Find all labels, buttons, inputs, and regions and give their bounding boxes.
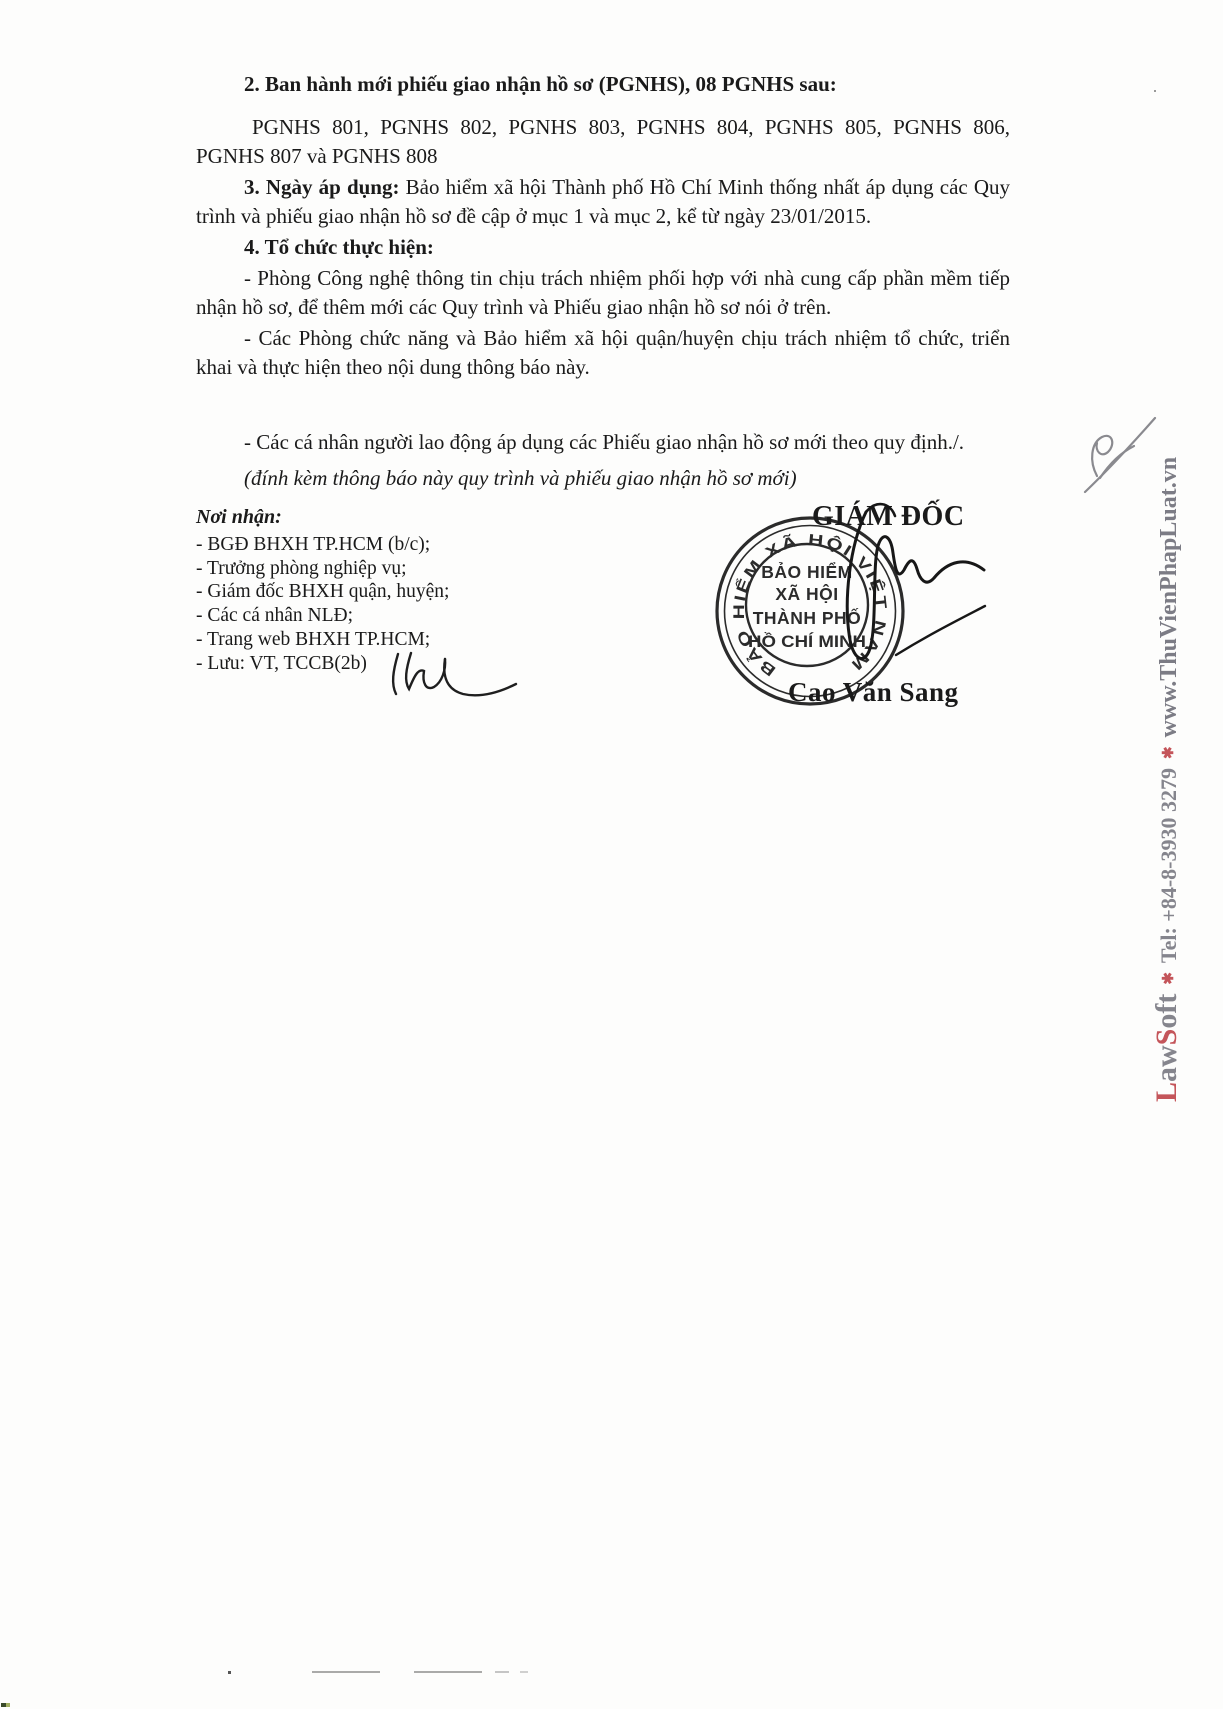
section-4-para-2: - Các Phòng chức năng và Bảo hiểm xã hội…: [196, 324, 1010, 382]
stamp-line-2: XÃ HỘI: [775, 583, 838, 604]
stamp-ring-text: BẢO HIỂM XÃ HỘI VIỆT NAM: [731, 532, 889, 679]
pgnhs-line-2: PGNHS 807 và PGNHS 808: [196, 142, 1010, 171]
scan-artifact: [520, 1671, 528, 1673]
lawsoft-watermark: LawSoft✱Tel: +84-8-3930 3279✱www.ThuVien…: [1150, 412, 1186, 1102]
attachment-note: (đính kèm thông báo này quy trình và phi…: [196, 464, 1010, 493]
section-4-para-1: - Phòng Công nghệ thông tin chịu trách n…: [196, 264, 1010, 322]
scan-artifact: [312, 1671, 380, 1673]
scan-artifact: [414, 1671, 482, 1673]
section-4-para-3: - Các cá nhân người lao động áp dụng các…: [196, 428, 1010, 457]
section-2-heading: 2. Ban hành mới phiếu giao nhận hồ sơ (P…: [196, 70, 1010, 99]
margin-initials: [1085, 418, 1155, 492]
watermark-brand-aw: aw: [1150, 1045, 1183, 1082]
scan-artifact: [1154, 90, 1156, 92]
stamp-line-3: THÀNH PHỐ: [753, 607, 862, 628]
watermark-brand-l: L: [1150, 1082, 1183, 1102]
section-3-paragraph: 3. Ngày áp dụng: Bảo hiểm xã hội Thành p…: [196, 173, 1010, 231]
section-3-label: 3. Ngày áp dụng:: [244, 175, 400, 199]
section-4-heading: 4. Tổ chức thực hiện:: [196, 233, 1010, 262]
watermark-separator-icon: ✱: [1161, 746, 1177, 759]
pgnhs-list-paragraph: PGNHS 801, PGNHS 802, PGNHS 803, PGNHS 8…: [196, 113, 1010, 171]
scan-artifact: [228, 1671, 231, 1674]
stamp-line-4: HỒ CHÍ MINH: [748, 632, 866, 651]
scan-artifact: [6, 1703, 10, 1707]
watermark-website: www.ThuVienPhapLuat.vn: [1156, 457, 1182, 738]
stamp-center-text: BẢO HIỂM XÃ HỘI THÀNH PHỐ HỒ CHÍ MINH: [748, 561, 866, 651]
pgnhs-line-1: PGNHS 801, PGNHS 802, PGNHS 803, PGNHS 8…: [196, 113, 1010, 142]
watermark-brand-oft: oft: [1150, 994, 1183, 1029]
scanned-document-page: 2. Ban hành mới phiếu giao nhận hồ sơ (P…: [0, 0, 1223, 1709]
watermark-separator-icon: ✱: [1161, 972, 1177, 985]
official-round-stamp: BẢO HIỂM XÃ HỘI VIỆT NAM BẢO HIỂM XÃ HỘI…: [710, 511, 910, 711]
scan-artifact: [495, 1671, 509, 1673]
watermark-brand-s: S: [1150, 1029, 1183, 1046]
watermark-telephone: Tel: +84-8-3930 3279: [1156, 768, 1181, 963]
stamp-line-1: BẢO HIỂM: [761, 561, 853, 582]
